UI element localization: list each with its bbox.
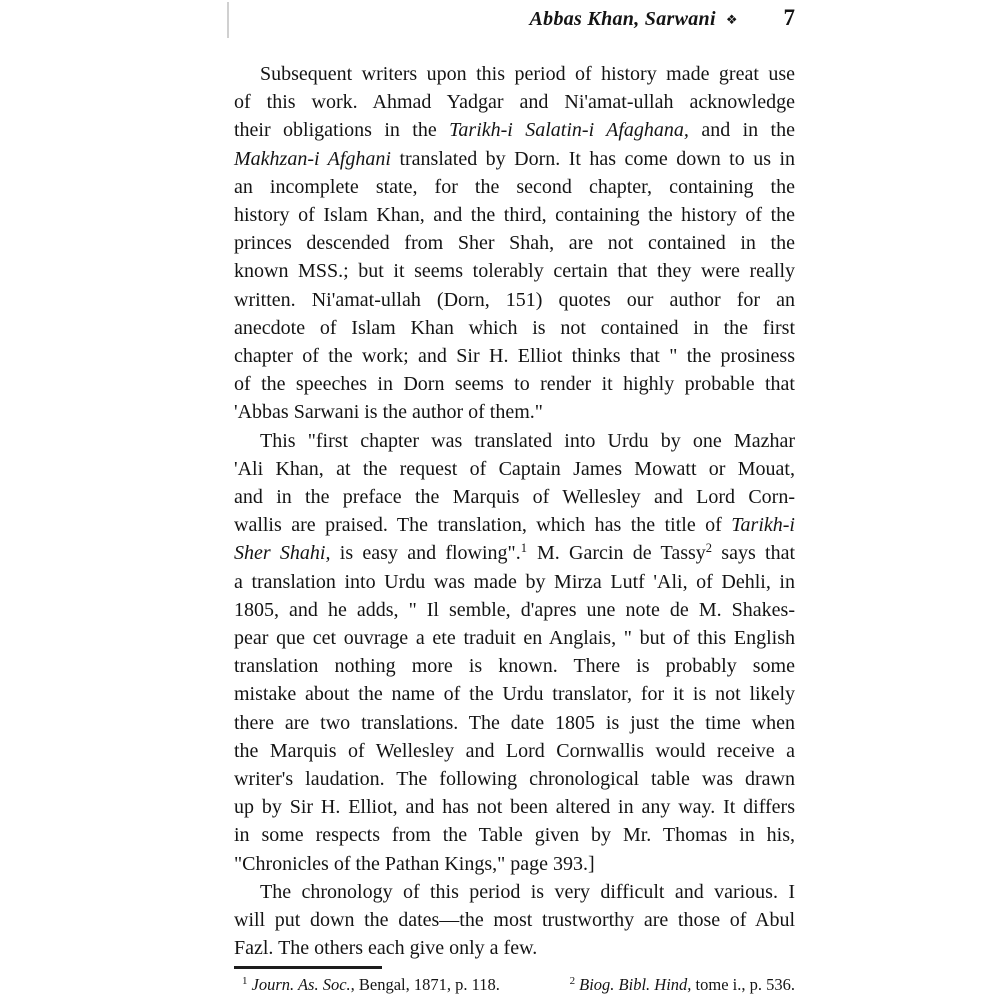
- page-body: Subsequent writers upon this period of h…: [234, 60, 795, 963]
- text-line: princes descended from Sher Shah, are no…: [234, 229, 795, 257]
- header-title: Abbas Khan, Sarwani: [530, 8, 716, 31]
- text-segment: "Chronicles of the Pathan Kings," page 3…: [234, 853, 595, 875]
- text-line: their obligations in the Tarikh-i Salati…: [234, 116, 795, 144]
- footnote-marker: 2: [570, 975, 576, 987]
- text-segment: in some respects from the Table given by…: [234, 824, 795, 846]
- text-line: history of Islam Khan, and the third, co…: [234, 201, 795, 229]
- text-segment: The chronology of this period is very di…: [260, 881, 795, 903]
- text-segment: 'Abbas Sarwani is the author of them.": [234, 401, 543, 423]
- text-line: the Marquis of Wellesley and Lord Cornwa…: [234, 737, 795, 765]
- text-segment: Makhzan-i Afghani: [234, 148, 391, 170]
- text-line: 1805, and he adds, " Il semble, d'apres …: [234, 596, 795, 624]
- text-line: Sher Shahi, is easy and flowing".1 M. Ga…: [234, 539, 795, 567]
- text-line: written. Ni'amat-ullah (Dorn, 151) quote…: [234, 286, 795, 314]
- text-line: of the speeches in Dorn seems to render …: [234, 370, 795, 398]
- text-segment: writer's laudation. The following chrono…: [234, 768, 795, 790]
- text-line: writer's laudation. The following chrono…: [234, 765, 795, 793]
- text-line: wallis are praised. The translation, whi…: [234, 511, 795, 539]
- text-segment: tome i., p. 536.: [691, 975, 795, 994]
- text-line: Subsequent writers upon this period of h…: [234, 60, 795, 88]
- text-segment: there are two translations. The date 180…: [234, 712, 795, 734]
- text-segment: up by Sir H. Elliot, and has not been al…: [234, 796, 795, 818]
- text-line: This "first chapter was translated into …: [234, 427, 795, 455]
- scan-artifact-mark: [227, 2, 229, 38]
- text-segment: the Marquis of Wellesley and Lord Cornwa…: [234, 740, 795, 762]
- text-line: pear que cet ouvrage a ete traduit en An…: [234, 624, 795, 652]
- text-segment: of the speeches in Dorn seems to render …: [234, 373, 795, 395]
- text-line: Makhzan-i Afghani translated by Dorn. It…: [234, 145, 795, 173]
- text-segment: mistake about the name of the Urdu trans…: [234, 683, 795, 705]
- text-line: mistake about the name of the Urdu trans…: [234, 680, 795, 708]
- text-line: a translation into Urdu was made by Mirz…: [234, 568, 795, 596]
- text-segment: and in the preface the Marquis of Welles…: [234, 486, 795, 508]
- text-line: up by Sir H. Elliot, and has not been al…: [234, 793, 795, 821]
- text-line: 'Ali Khan, at the request of Captain Jam…: [234, 455, 795, 483]
- text-segment: pear que cet ouvrage a ete traduit en An…: [234, 627, 795, 649]
- text-segment: history of Islam Khan, and the third, co…: [234, 204, 795, 226]
- text-line: in some respects from the Table given by…: [234, 821, 795, 849]
- text-segment: written. Ni'amat-ullah (Dorn, 151) quote…: [234, 289, 795, 311]
- text-segment: an incomplete state, for the second chap…: [234, 176, 795, 198]
- text-segment: Tarikh-i Salatin-i Afaghana,: [449, 119, 689, 141]
- footnote: 2Biog. Bibl. Hind, tome i., p. 536.: [570, 974, 795, 996]
- text-line: there are two translations. The date 180…: [234, 709, 795, 737]
- text-line: an incomplete state, for the second chap…: [234, 173, 795, 201]
- text-segment: anecdote of Islam Khan which is not cont…: [234, 317, 795, 339]
- text-line: Fazl. The others each give only a few.: [234, 934, 795, 962]
- text-segment: Biog. Bibl. Hind,: [579, 975, 691, 994]
- footnote: 1Journ. As. Soc., Bengal, 1871, p. 118.: [242, 974, 500, 996]
- text-segment: Subsequent writers upon this period of h…: [260, 63, 795, 85]
- text-segment: Fazl. The others each give only a few.: [234, 937, 537, 959]
- text-segment: 'Ali Khan, at the request of Captain Jam…: [234, 458, 795, 480]
- text-line: chapter of the work; and Sir H. Elliot t…: [234, 342, 795, 370]
- text-segment: translation nothing more is known. There…: [234, 655, 795, 677]
- text-segment: This "first chapter was translated into …: [260, 430, 795, 452]
- text-segment: , Bengal, 1871, p. 118.: [351, 975, 500, 994]
- text-line: 'Abbas Sarwani is the author of them.": [234, 398, 795, 426]
- running-header: Abbas Khan, Sarwani ❖ 7: [530, 5, 796, 31]
- text-segment: Tarikh-i: [731, 514, 795, 536]
- text-segment: wallis are praised. The translation, whi…: [234, 514, 731, 536]
- text-segment: princes descended from Sher Shah, are no…: [234, 232, 795, 254]
- text-segment: translated by Dorn. It has come down to …: [391, 148, 795, 170]
- text-line: anecdote of Islam Khan which is not cont…: [234, 314, 795, 342]
- text-segment: M. Garcin de Tassy: [527, 542, 706, 564]
- text-line: The chronology of this period is very di…: [234, 878, 795, 906]
- text-segment: chapter of the work; and Sir H. Elliot t…: [234, 345, 795, 367]
- page-number: 7: [784, 5, 796, 31]
- paragraph: Subsequent writers upon this period of h…: [234, 60, 795, 427]
- footnotes: 1Journ. As. Soc., Bengal, 1871, p. 118.2…: [234, 974, 795, 996]
- footnote-marker: 1: [242, 975, 248, 987]
- text-line: known MSS.; but it seems tolerably certa…: [234, 257, 795, 285]
- text-segment: their obligations in the: [234, 119, 449, 141]
- text-segment: Sher Shahi,: [234, 542, 331, 564]
- text-segment: a translation into Urdu was made by Mirz…: [234, 571, 795, 593]
- footnote-divider: [234, 966, 382, 969]
- text-segment: says that: [712, 542, 795, 564]
- text-line: of this work. Ahmad Yadgar and Ni'amat-u…: [234, 88, 795, 116]
- paragraph: This "first chapter was translated into …: [234, 427, 795, 878]
- text-segment: Journ. As. Soc.: [252, 975, 351, 994]
- text-line: will put down the dates—the most trustwo…: [234, 906, 795, 934]
- text-segment: of this work. Ahmad Yadgar and Ni'amat-u…: [234, 91, 795, 113]
- text-segment: 1805, and he adds, " Il semble, d'apres …: [234, 599, 795, 621]
- text-line: and in the preface the Marquis of Welles…: [234, 483, 795, 511]
- ornament-icon: ❖: [726, 12, 738, 28]
- text-segment: and in the: [689, 119, 795, 141]
- text-segment: will put down the dates—the most trustwo…: [234, 909, 795, 931]
- paragraph: The chronology of this period is very di…: [234, 878, 795, 963]
- text-line: "Chronicles of the Pathan Kings," page 3…: [234, 850, 795, 878]
- book-page: Abbas Khan, Sarwani ❖ 7 Subsequent write…: [0, 0, 1000, 1000]
- text-line: translation nothing more is known. There…: [234, 652, 795, 680]
- text-segment: known MSS.; but it seems tolerably certa…: [234, 260, 795, 282]
- text-segment: is easy and flowing".: [331, 542, 521, 564]
